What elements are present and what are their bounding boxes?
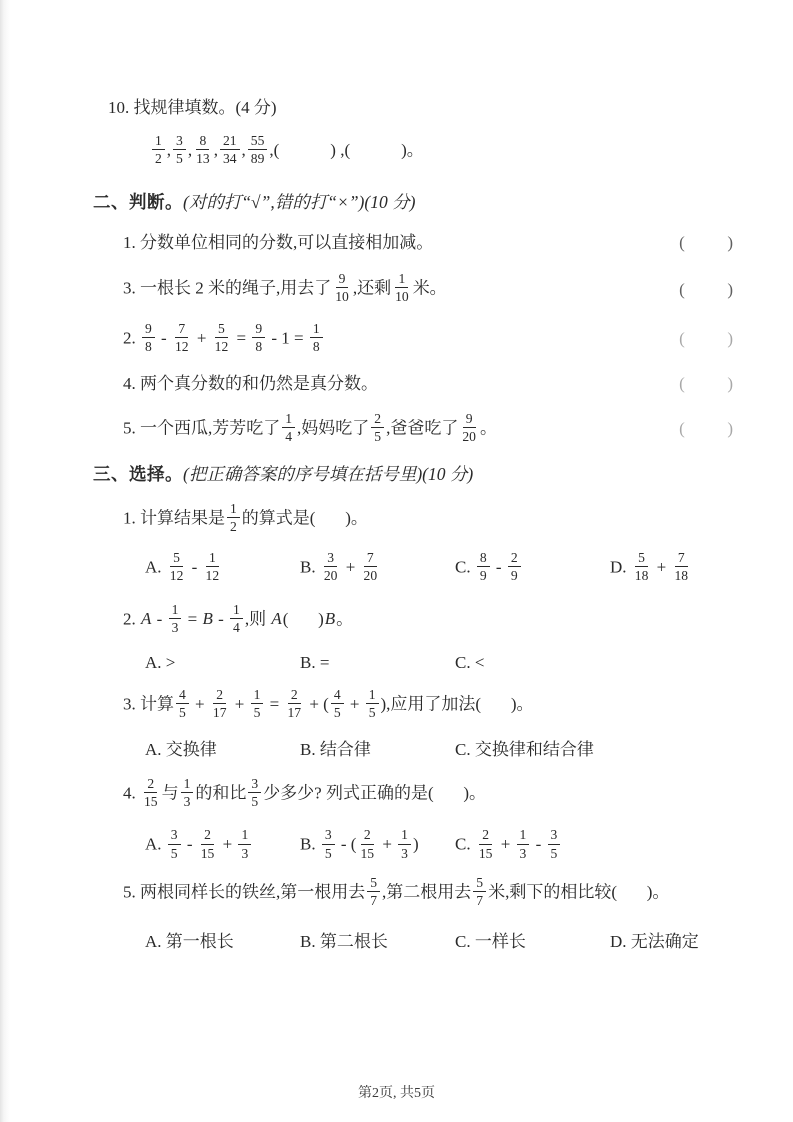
judgment-item-1: 1. 分数单位相同的分数,可以直接相加减。 ( ) — [123, 231, 733, 256]
fraction: 2134 — [220, 133, 240, 166]
text-segment: 4. — [123, 784, 140, 803]
text-segment: , — [188, 140, 192, 159]
choice-3-option-c: C. 交换律和结合律 — [455, 738, 594, 762]
text-segment: ( ) — [283, 609, 324, 628]
text-segment: A. > — [145, 653, 175, 672]
fraction: 217 — [211, 687, 229, 720]
fraction: 518 — [633, 550, 651, 583]
choice-question-5-text: 5. 两根同样长的铁丝,第一根用去57,第二根用去57米,剩下的相比较( )。 — [123, 877, 733, 910]
text-segment: (把正确答案的序号填在括号里)(10 分) — [183, 464, 473, 484]
choice-question-1-options: A. 512 - 112 B. 320 + 720 C. 89 - 29 D. … — [145, 552, 733, 585]
choice-question-3-text: 3. 计算45 + 217 + 15 = 217 + (45 + 15),应用了… — [123, 689, 733, 722]
fraction: 215 — [358, 827, 376, 860]
text-segment: 二、判断。 — [93, 192, 183, 212]
text-segment: - 1 = — [267, 328, 308, 347]
fraction: 98 — [252, 321, 265, 354]
text-segment: B. — [300, 835, 320, 854]
text-segment: B — [201, 609, 213, 628]
fraction: 215 — [199, 827, 217, 860]
fraction: 98 — [142, 321, 155, 354]
text-segment: = — [232, 328, 250, 347]
choice-question-1-text: 1. 计算结果是12的算式是( )。 — [123, 503, 733, 536]
text-segment: D. — [610, 558, 631, 577]
text-segment: A. 第一根长 — [145, 932, 234, 951]
text-segment: 米,剩下的相比较( )。 — [488, 883, 669, 902]
text-segment: ,第二根用去 — [382, 883, 471, 902]
text-segment: ,爸爸吃了 — [386, 418, 458, 437]
text-segment: B. = — [300, 653, 329, 672]
choice-5-option-d: D. 无法确定 — [610, 930, 699, 954]
text-segment: - — [152, 609, 166, 628]
text-segment: A. — [145, 835, 166, 854]
text-segment: 米。 — [413, 279, 447, 298]
choice-question-2-options: A. > B. = C. < — [145, 651, 733, 675]
fraction: 13 — [517, 827, 530, 860]
text-segment: A. 交换律 — [145, 740, 217, 759]
text-segment: B — [324, 609, 336, 628]
fraction: 910 — [333, 271, 351, 304]
fraction: 5589 — [248, 133, 268, 166]
text-segment: - — [183, 835, 197, 854]
fraction: 110 — [393, 271, 411, 304]
judgment-item-5-text: 5. 一个西瓜,芳芳吃了14,妈妈吃了25,爸爸吃了920。 — [123, 413, 679, 446]
choice-question-4-text: 4. 215与13的和比35少多少? 列式正确的是( )。 — [123, 778, 733, 811]
choice-question-4-options: A. 35 - 215 + 13 B. 35 - (215 + 13) C. 2… — [145, 829, 733, 862]
text-segment: 5. 两根同样长的铁丝,第一根用去 — [123, 883, 365, 902]
text-segment: C. 一样长 — [455, 932, 526, 951]
text-segment: + — [230, 694, 248, 713]
text-segment: , — [242, 140, 246, 159]
choice-2-option-a: A. > — [145, 651, 300, 675]
text-segment: C. < — [455, 653, 484, 672]
fraction: 13 — [181, 776, 194, 809]
text-segment: + — [496, 835, 514, 854]
text-segment: + ( — [305, 694, 329, 713]
judgment-item-3-text: 3. 一根长 2 米的绳子,用去了910,还剩110米。 — [123, 273, 679, 306]
fraction: 813 — [194, 133, 212, 166]
text-segment: + — [346, 694, 364, 713]
text-segment: 3. 一根长 2 米的绳子,用去了 — [123, 279, 331, 298]
text-segment: 4. 两个真分数的和仍然是真分数。 — [123, 374, 378, 393]
text-segment: A. — [145, 558, 166, 577]
text-segment: 5. 一个西瓜,芳芳吃了 — [123, 418, 280, 437]
fraction: 13 — [169, 602, 182, 635]
fraction: 35 — [548, 827, 561, 860]
text-segment: 3. 计算 — [123, 694, 174, 713]
text-segment: 三、选择。 — [93, 464, 183, 484]
fraction: 14 — [282, 411, 295, 444]
test-paper-page: 10. 找规律填数。(4 分) 12,35,813,2134,5589,( ) … — [0, 0, 793, 1122]
fraction: 18 — [310, 321, 323, 354]
choice-1-option-d: D. 518 + 718 — [610, 552, 692, 585]
judgment-item-4: 4. 两个真分数的和仍然是真分数。 ( ) — [123, 372, 733, 397]
judgment-item-3: 3. 一根长 2 米的绳子,用去了910,还剩110米。 ( ) — [123, 273, 733, 306]
text-segment: ,( ) ,( )。 — [269, 140, 423, 159]
choice-5-option-c: C. 一样长 — [455, 930, 610, 954]
text-segment: 的和比 — [195, 784, 246, 803]
fraction: 35 — [322, 827, 335, 860]
fraction: 12 — [152, 133, 165, 166]
fraction: 12 — [227, 501, 240, 534]
choice-3-option-a: A. 交换律 — [145, 738, 300, 762]
text-segment: (对的打“√”,错的打“×”)(10 分) — [183, 192, 415, 212]
choice-4-option-a: A. 35 - 215 + 13 — [145, 829, 300, 862]
text-segment: C. — [455, 558, 475, 577]
choice-2-option-c: C. < — [455, 651, 484, 675]
judgment-item-4-text: 4. 两个真分数的和仍然是真分数。 — [123, 372, 679, 397]
text-segment: ,则 — [245, 609, 271, 628]
choice-question-2-text: 2. A - 13 = B - 14,则 A( )B。 — [123, 604, 733, 637]
text-segment: + — [378, 835, 396, 854]
judgment-item-3-answer-blank: ( ) — [679, 280, 733, 300]
section-judgment: 二、判断。(对的打“√”,错的打“×”)(10 分) 1. 分数单位相同的分数,… — [93, 190, 733, 446]
fraction: 112 — [204, 550, 222, 583]
fraction: 45 — [331, 687, 344, 720]
text-segment: + — [652, 558, 670, 577]
fraction: 512 — [168, 550, 186, 583]
text-segment: D. 无法确定 — [610, 932, 699, 951]
judgment-item-2-text: 2. 98 - 712 + 512 = 98 - 1 = 18 — [123, 323, 679, 356]
text-segment: - ( — [337, 835, 357, 854]
text-segment: 1. 分数单位相同的分数,可以直接相加减。 — [123, 233, 433, 252]
judgment-item-5-answer-blank: ( ) — [679, 419, 733, 439]
text-segment: 1. 计算结果是 — [123, 508, 225, 527]
text-segment: ,还剩 — [353, 279, 391, 298]
choice-question-5-options: A. 第一根长 B. 第二根长 C. 一样长 D. 无法确定 — [145, 930, 733, 954]
judgment-item-2: 2. 98 - 712 + 512 = 98 - 1 = 18 ( ) — [123, 323, 733, 356]
choice-4-option-c: C. 215 + 13 - 35 — [455, 829, 562, 862]
choice-4-option-b: B. 35 - (215 + 13) — [300, 829, 455, 862]
section-choice: 三、选择。(把正确答案的序号填在括号里)(10 分) 1. 计算结果是12的算式… — [93, 462, 733, 954]
text-segment: ) — [413, 835, 419, 854]
text-segment: 与 — [162, 784, 179, 803]
text-segment: A — [140, 609, 152, 628]
text-segment: C. 交换律和结合律 — [455, 740, 594, 759]
question-10-sequence: 12,35,813,2134,5589,( ) ,( )。 — [150, 135, 733, 168]
text-segment: = — [183, 609, 201, 628]
text-segment: , — [167, 140, 171, 159]
judgment-item-2-answer-blank: ( ) — [679, 329, 733, 349]
judgment-item-1-text: 1. 分数单位相同的分数,可以直接相加减。 — [123, 231, 679, 256]
text-segment: + — [193, 328, 211, 347]
fraction: 14 — [230, 602, 243, 635]
section-judgment-title: 二、判断。(对的打“√”,错的打“×”)(10 分) — [93, 190, 733, 215]
text-segment: ),应用了加法( )。 — [381, 694, 534, 713]
text-segment: C. — [455, 835, 475, 854]
judgment-item-1-answer-blank: ( ) — [679, 233, 733, 253]
fraction: 35 — [173, 133, 186, 166]
judgment-item-4-answer-blank: ( ) — [679, 374, 733, 394]
text-segment: 10. 找规律填数。(4 分) — [108, 98, 277, 117]
text-segment: 的算式是( )。 — [242, 508, 368, 527]
fraction: 718 — [672, 550, 690, 583]
choice-5-option-b: B. 第二根长 — [300, 930, 455, 954]
text-segment: B. 第二根长 — [300, 932, 388, 951]
text-segment: = — [265, 694, 283, 713]
text-segment: - — [492, 558, 506, 577]
choice-5-option-a: A. 第一根长 — [145, 930, 300, 954]
section-choice-title: 三、选择。(把正确答案的序号填在括号里)(10 分) — [93, 462, 733, 487]
fraction: 57 — [473, 875, 486, 908]
text-segment: + — [218, 835, 236, 854]
fraction: 57 — [367, 875, 380, 908]
fraction: 15 — [366, 687, 379, 720]
fraction: 512 — [213, 321, 231, 354]
text-segment: 。 — [336, 609, 353, 628]
choice-1-option-b: B. 320 + 720 — [300, 552, 455, 585]
choice-2-option-b: B. = — [300, 651, 455, 675]
choice-1-option-a: A. 512 - 112 — [145, 552, 300, 585]
fraction: 13 — [398, 827, 411, 860]
fraction: 215 — [142, 776, 160, 809]
judgment-item-5: 5. 一个西瓜,芳芳吃了14,妈妈吃了25,爸爸吃了920。 ( ) — [123, 413, 733, 446]
text-segment: 2. — [123, 609, 140, 628]
text-segment: ,妈妈吃了 — [297, 418, 369, 437]
fraction: 29 — [508, 550, 521, 583]
text-segment: - — [214, 609, 228, 628]
text-segment: B. — [300, 558, 320, 577]
fraction: 712 — [173, 321, 191, 354]
fraction: 217 — [285, 687, 303, 720]
text-segment: - — [157, 328, 171, 347]
text-segment: , — [214, 140, 218, 159]
text-segment: A — [270, 609, 282, 628]
fraction: 215 — [477, 827, 495, 860]
fraction: 320 — [322, 550, 340, 583]
page-number-footer: 第2页, 共5页 — [0, 1082, 793, 1102]
choice-question-3-options: A. 交换律 B. 结合律 C. 交换律和结合律 — [145, 738, 733, 762]
fraction: 720 — [362, 550, 380, 583]
fraction: 25 — [371, 411, 384, 444]
fraction: 45 — [176, 687, 189, 720]
text-segment: + — [191, 694, 209, 713]
choice-3-option-b: B. 结合律 — [300, 738, 455, 762]
choice-1-option-c: C. 89 - 29 — [455, 552, 610, 585]
fraction: 35 — [168, 827, 181, 860]
fraction: 920 — [460, 411, 478, 444]
fraction: 35 — [248, 776, 261, 809]
text-segment: + — [341, 558, 359, 577]
text-segment: B. 结合律 — [300, 740, 371, 759]
fraction: 89 — [477, 550, 490, 583]
text-segment: 2. — [123, 328, 140, 347]
text-segment: 。 — [480, 418, 497, 437]
fraction: 15 — [251, 687, 264, 720]
text-segment: 少多少? 列式正确的是( )。 — [263, 784, 486, 803]
text-segment: - — [187, 558, 201, 577]
fraction: 13 — [238, 827, 251, 860]
question-10-heading: 10. 找规律填数。(4 分) — [108, 96, 733, 121]
text-segment: - — [531, 835, 545, 854]
